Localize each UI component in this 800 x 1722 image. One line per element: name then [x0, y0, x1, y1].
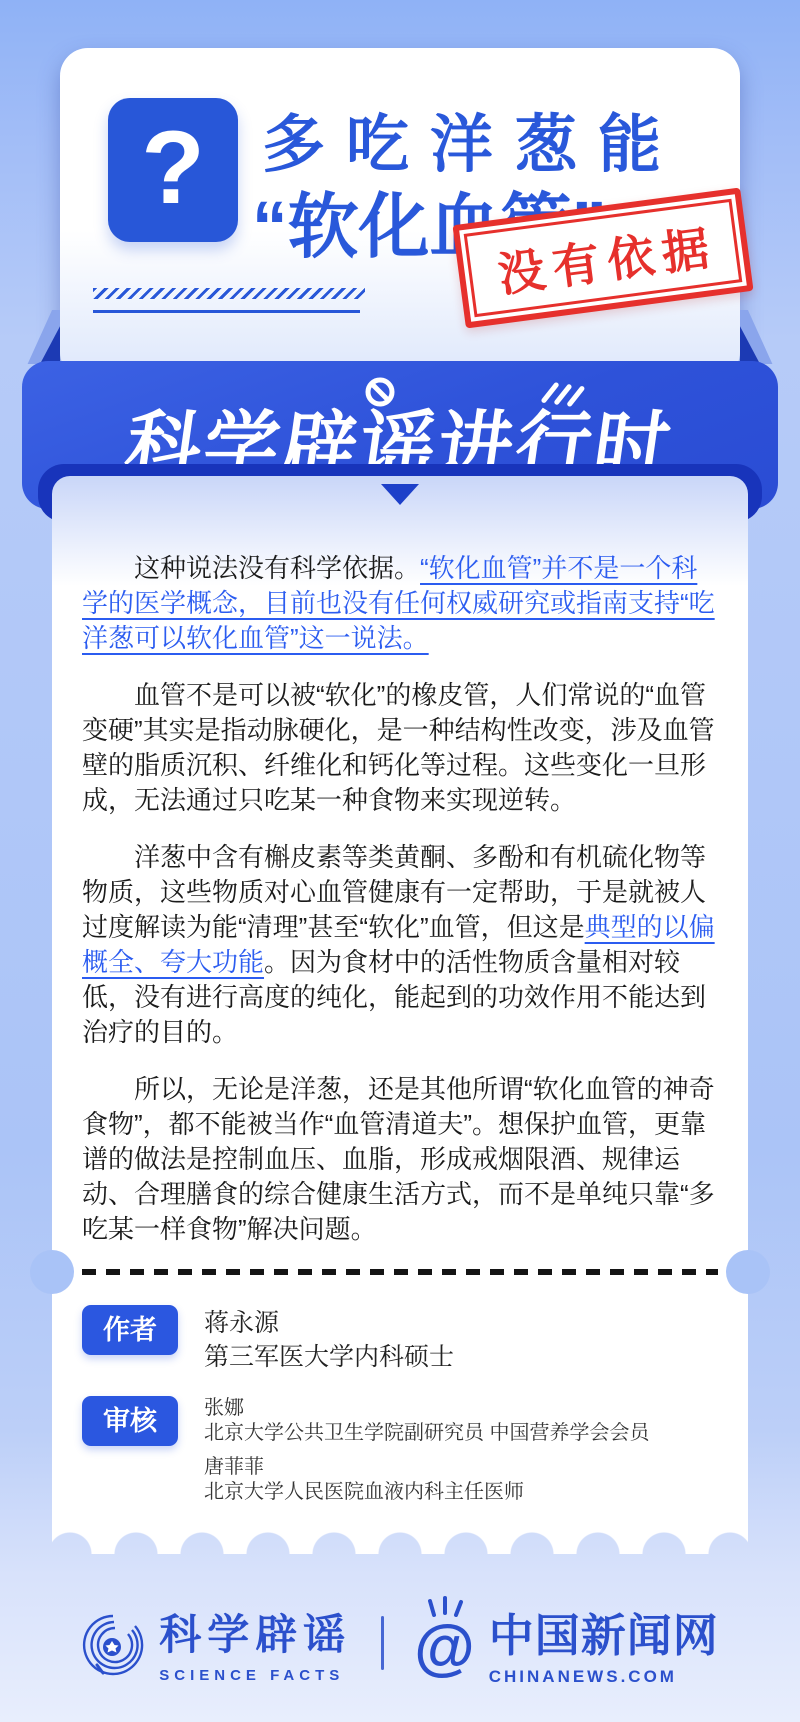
reviewer-2-name: 唐菲菲 — [204, 1455, 650, 1480]
content-card: 这种说法没有科学依据。“软化血管”并不是一个科学的医学概念，目前也没有任何权威研… — [52, 476, 748, 1554]
text-segment: 所以，无论是洋葱，还是其他所谓“软化血管的神奇食物”，都不能被当作“血管清道夫”… — [82, 1074, 715, 1244]
spiral-icon — [81, 1607, 145, 1679]
chinanews-subtitle: CHINANEWS.COM — [489, 1667, 719, 1687]
reviewer-1: 张娜 北京大学公共卫生学院副研究员 中国营养学会会员 — [204, 1396, 650, 1446]
at-glyph: @ — [414, 1613, 474, 1682]
author-badge: 作者 — [82, 1305, 178, 1355]
ticket-divider — [82, 1269, 718, 1275]
reviewer-2-title: 北京大学人民医院血液内科主任医师 — [204, 1480, 650, 1505]
at-icon: @ — [414, 1607, 474, 1679]
footer: 科学辟谣 SCIENCE FACTS @ 中国新闻网 CHINANEWS.COM — [0, 1578, 800, 1708]
question-mark-icon: ? — [108, 98, 238, 242]
author-row: 作者 蒋永源 第三军医大学内科硕士 — [82, 1305, 718, 1374]
paragraph-4: 所以，无论是洋葱，还是其他所谓“软化血管的神奇食物”，都不能被当作“血管清道夫”… — [82, 1072, 718, 1247]
article-body: 这种说法没有科学依据。“软化血管”并不是一个科学的医学概念，目前也没有任何权威研… — [82, 551, 718, 1247]
stamp-text: 没有依据 — [486, 210, 721, 306]
science-facts-title: 科学辟谣 — [159, 1602, 351, 1662]
right-notch — [726, 1250, 770, 1294]
reviewer-1-name: 张娜 — [204, 1396, 650, 1421]
reviewer-row: 审核 张娜 北京大学公共卫生学院副研究员 中国营养学会会员 唐菲菲 北京大学人民… — [82, 1396, 718, 1514]
poster-page: ? 多吃洋葱能 “软化血管” 没有依据 科学辟谣进行时 — [0, 0, 800, 1722]
chinanews-title: 中国新闻网 — [489, 1599, 719, 1664]
reviewer-1-title: 北京大学公共卫生学院副研究员 中国营养学会会员 — [204, 1421, 650, 1446]
scalloped-edge — [52, 1530, 748, 1554]
logo-separator — [381, 1616, 384, 1670]
science-facts-subtitle: SCIENCE FACTS — [159, 1667, 351, 1684]
no-entry-icon — [363, 375, 397, 409]
author-title: 第三军医大学内科硕士 — [204, 1340, 454, 1374]
dashed-divider — [82, 1269, 718, 1275]
hatch-line-decoration — [93, 288, 365, 299]
reviewer-badge: 审核 — [82, 1396, 178, 1446]
rays-icon — [428, 1595, 466, 1617]
left-notch — [30, 1250, 74, 1294]
text-segment: 这种说法没有科学依据。 — [134, 553, 420, 583]
underline-decoration — [93, 310, 360, 313]
chinanews-logo: @ 中国新闻网 CHINANEWS.COM — [414, 1599, 718, 1687]
author-name: 蒋永源 — [204, 1306, 454, 1340]
paragraph-1: 这种说法没有科学依据。“软化血管”并不是一个科学的医学概念，目前也没有任何权威研… — [82, 551, 718, 656]
reviewer-2: 唐菲菲 北京大学人民医院血液内科主任医师 — [204, 1455, 650, 1505]
title-card: ? 多吃洋葱能 “软化血管” 没有依据 — [60, 48, 740, 380]
paragraph-2: 血管不是可以被“软化”的橡皮管，人们常说的“血管变硬”其实是指动脉硬化，是一种结… — [82, 678, 718, 818]
science-facts-logo: 科学辟谣 SCIENCE FACTS — [81, 1602, 351, 1684]
text-segment: 血管不是可以被“软化”的橡皮管，人们常说的“血管变硬”其实是指动脉硬化，是一种结… — [82, 680, 715, 815]
paragraph-3: 洋葱中含有槲皮素等类黄酮、多酚和有机硫化物等物质，这些物质对心血管健康有一定帮助… — [82, 840, 718, 1050]
pointer-down-icon — [381, 484, 419, 505]
